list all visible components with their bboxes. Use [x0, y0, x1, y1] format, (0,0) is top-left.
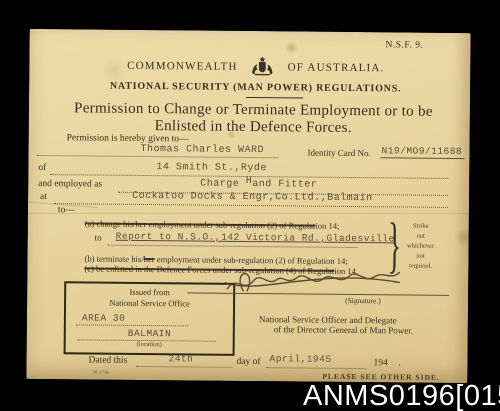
identity-card-label: Identity Card No. [307, 148, 370, 159]
issue-location-value: BALMAIN [128, 328, 172, 339]
to-label: to— [58, 205, 75, 215]
strike-note-word: whichever [398, 241, 444, 251]
day-of-label: day of [236, 357, 260, 367]
strike-note-word: required. [397, 261, 443, 271]
paper-crease [26, 213, 480, 214]
photo-background: { "photo": { "catalog_label": "ANMS0196[… [0, 0, 500, 411]
employer-rule [54, 203, 448, 208]
document-paper: N.S.F. 9. COMMONWEALTH OF AUSTRALIA. NAT… [26, 29, 470, 383]
officer-line2: of the Director General of Man Power. [274, 324, 413, 335]
clause-b-struck-text: her [144, 254, 155, 264]
issue-location-caption: (location) [66, 340, 233, 349]
strike-note-word: not [397, 251, 443, 261]
commonwealth-right-text: OF AUSTRALIA. [288, 61, 385, 74]
clause-a-tail: ion 14; [315, 221, 339, 231]
catalog-label: ANMS0196[015] [303, 380, 500, 411]
commonwealth-left-text: COMMONWEALTH [127, 59, 238, 72]
clause-a: (a) change his/her employment under sub-… [85, 218, 340, 230]
clause-a-struck-text: (a) change his/her employment under sub-… [85, 218, 316, 230]
strike-note: Strike out whichever not required. [397, 221, 443, 271]
issue-box-line2: National Service Office [66, 297, 233, 309]
regulations-title: NATIONAL SECURITY (MAN POWER) REGULATION… [35, 80, 476, 95]
dated-month-rule [266, 367, 366, 369]
issue-area-value: AREA 30 [82, 312, 126, 323]
signature-caption: (Signature.) [345, 296, 381, 305]
of-label: of [38, 163, 46, 173]
address-value: 14 Smith St.,Ryde [156, 162, 267, 174]
form-ref: N.S.F. 9. [386, 40, 424, 50]
dated-day-value: 24th [168, 353, 193, 364]
title-rule [246, 97, 303, 99]
report-typed-value: Report to N.S.O.,142 Victoria Rd.,Glades… [116, 231, 395, 245]
clause-a-to-label: to [95, 233, 102, 243]
dated-day-rule [136, 366, 232, 368]
occupation-value: Charge Hand Fitter [200, 179, 317, 191]
signature-scribble [223, 265, 403, 297]
coat-of-arms-icon [246, 55, 280, 78]
at-label: at [40, 192, 47, 202]
identity-card-value: N19/MO9/11688 [381, 145, 462, 157]
employed-as-label: and employed as [38, 179, 102, 190]
identity-rule [380, 157, 464, 159]
year-period: . [398, 358, 400, 368]
clause-b-prefix: (b) terminate his/ [84, 253, 143, 264]
permission-label: Permission is hereby given to— [67, 133, 189, 144]
dated-this-label: Dated this [88, 355, 127, 365]
dated-month-value: April,1945 [269, 353, 331, 365]
occupation-raised-letter: H [246, 176, 253, 187]
commonwealth-header: COMMONWEALTH OF AUSTRALIA. [35, 53, 476, 80]
name-value: Thomas Charles WARD [140, 144, 264, 156]
print-code: 38.9786 [92, 370, 109, 375]
occupation-suffix: and Fitter [252, 179, 317, 191]
year-prefix: 194 [373, 358, 387, 368]
issue-area-rule [76, 324, 188, 326]
strike-note-word: out [398, 231, 444, 241]
report-rule [108, 245, 358, 248]
occupation-prefix: Charge [200, 179, 246, 190]
strike-note-word: Strike [398, 221, 444, 231]
employer-value: Cockatoo Docks & Engr,Co.Ltd.,Balmain [132, 191, 373, 204]
